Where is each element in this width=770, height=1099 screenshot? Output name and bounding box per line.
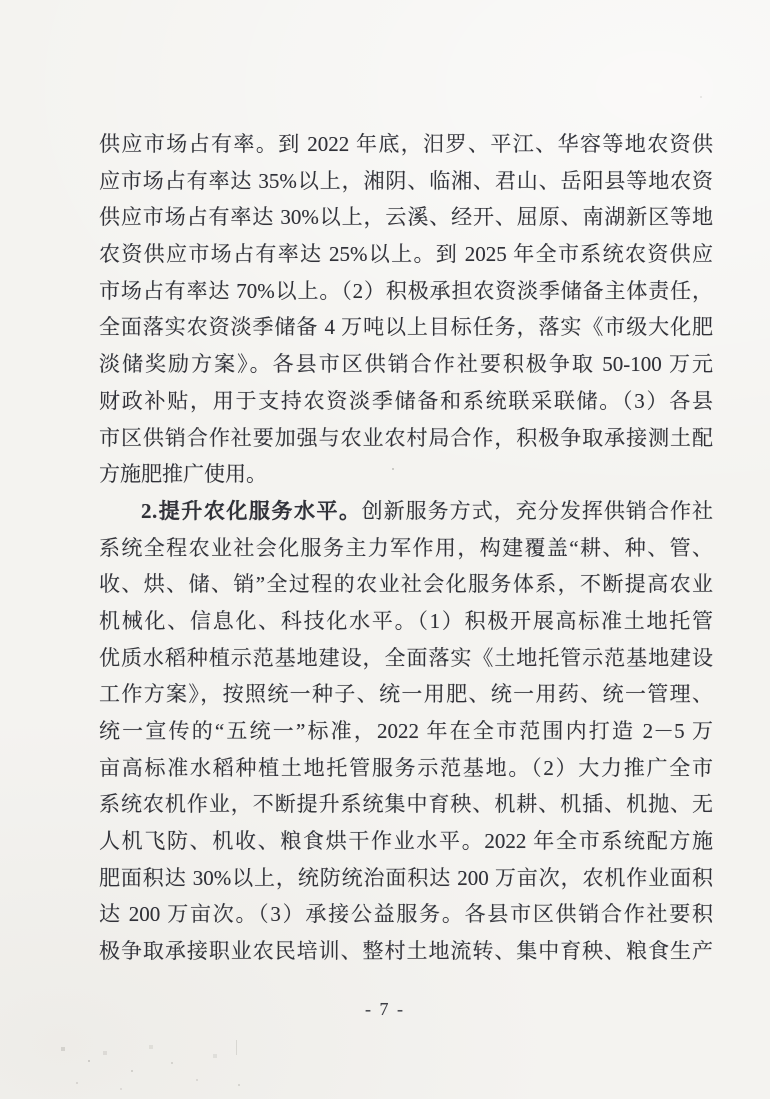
text-line: 2.提升农化服务水平。创新服务方式，充分发挥供销合作社 [99, 493, 713, 530]
text-line: 工作方案》，按照统一种子、统一用肥、统一用药、统一管理、 [99, 676, 713, 713]
text-line: 农资供应市场占有率达 25%以上。到 2025 年全市系统农资供应 [99, 236, 713, 273]
text-line: 供应市场占有率。到 2022 年底，汨罗、平江、华容等地农资供 [99, 126, 713, 163]
text-line: 系统农机作业，不断提升系统集中育秧、机耕、机插、机抛、无 [99, 786, 713, 823]
section-heading: 2.提升农化服务水平。 [141, 499, 362, 523]
text-line: 市区供销合作社要加强与农业农村局合作，积极争取承接测土配 [99, 420, 713, 457]
document-body: 供应市场占有率。到 2022 年底，汨罗、平江、华容等地农资供 应市场占有率达 … [99, 126, 713, 970]
section-heading-rest: 创新服务方式，充分发挥供销合作社 [362, 499, 713, 523]
text-line: 市场占有率达 70%以上。（2）积极承担农资淡季储备主体责任， [99, 273, 713, 310]
scan-noise [0, 0, 2, 2]
paragraph-continued: 供应市场占有率。到 2022 年底，汨罗、平江、华容等地农资供 应市场占有率达 … [99, 126, 713, 493]
text-line: 方施肥推广使用。 [99, 456, 713, 493]
text-line: 淡储奖励方案》。各县市区供销合作社要积极争取 50-100 万元 [99, 346, 713, 383]
text-line: 极争取承接职业农民培训、整村土地流转、集中育秧、粮食生产 [99, 933, 713, 970]
text-line: 亩高标准水稻种植土地托管服务示范基地。（2）大力推广全市 [99, 750, 713, 787]
text-line: 全面落实农资淡季储备 4 万吨以上目标任务，落实《市级大化肥 [99, 309, 713, 346]
text-line: 供应市场占有率达 30%以上，云溪、经开、屈原、南湖新区等地 [99, 199, 713, 236]
text-line: 优质水稻种植示范基地建设，全面落实《土地托管示范基地建设 [99, 640, 713, 677]
scanned-document-page: 供应市场占有率。到 2022 年底，汨罗、平江、华容等地农资供 应市场占有率达 … [0, 0, 770, 1099]
text-line: 机械化、信息化、科技化水平。（1）积极开展高标准土地托管 [99, 603, 713, 640]
text-line: 统一宣传的“五统一”标准，2022 年在全市范围内打造 2－5 万 [99, 713, 713, 750]
scan-noise [236, 1040, 237, 1055]
text-line: 应市场占有率达 35%以上，湘阴、临湘、君山、岳阳县等地农资 [99, 163, 713, 200]
text-line: 肥面积达 30%以上，统防统治面积达 200 万亩次，农机作业面积 [99, 860, 713, 897]
text-line: 人机飞防、机收、粮食烘干作业水平。2022 年全市系统配方施 [99, 823, 713, 860]
page-number: - 7 - [0, 999, 770, 1020]
text-line: 系统全程农业社会化服务主力军作用，构建覆盖“耕、种、管、 [99, 530, 713, 567]
text-line: 财政补贴，用于支持农资淡季储备和系统联采联储。（3）各县 [99, 383, 713, 420]
paragraph-section-2: 2.提升农化服务水平。创新服务方式，充分发挥供销合作社 系统全程农业社会化服务主… [99, 493, 713, 970]
text-line: 达 200 万亩次。（3）承接公益服务。各县市区供销合作社要积 [99, 896, 713, 933]
text-line: 收、烘、储、销”全过程的农业社会化服务体系，不断提高农业 [99, 566, 713, 603]
